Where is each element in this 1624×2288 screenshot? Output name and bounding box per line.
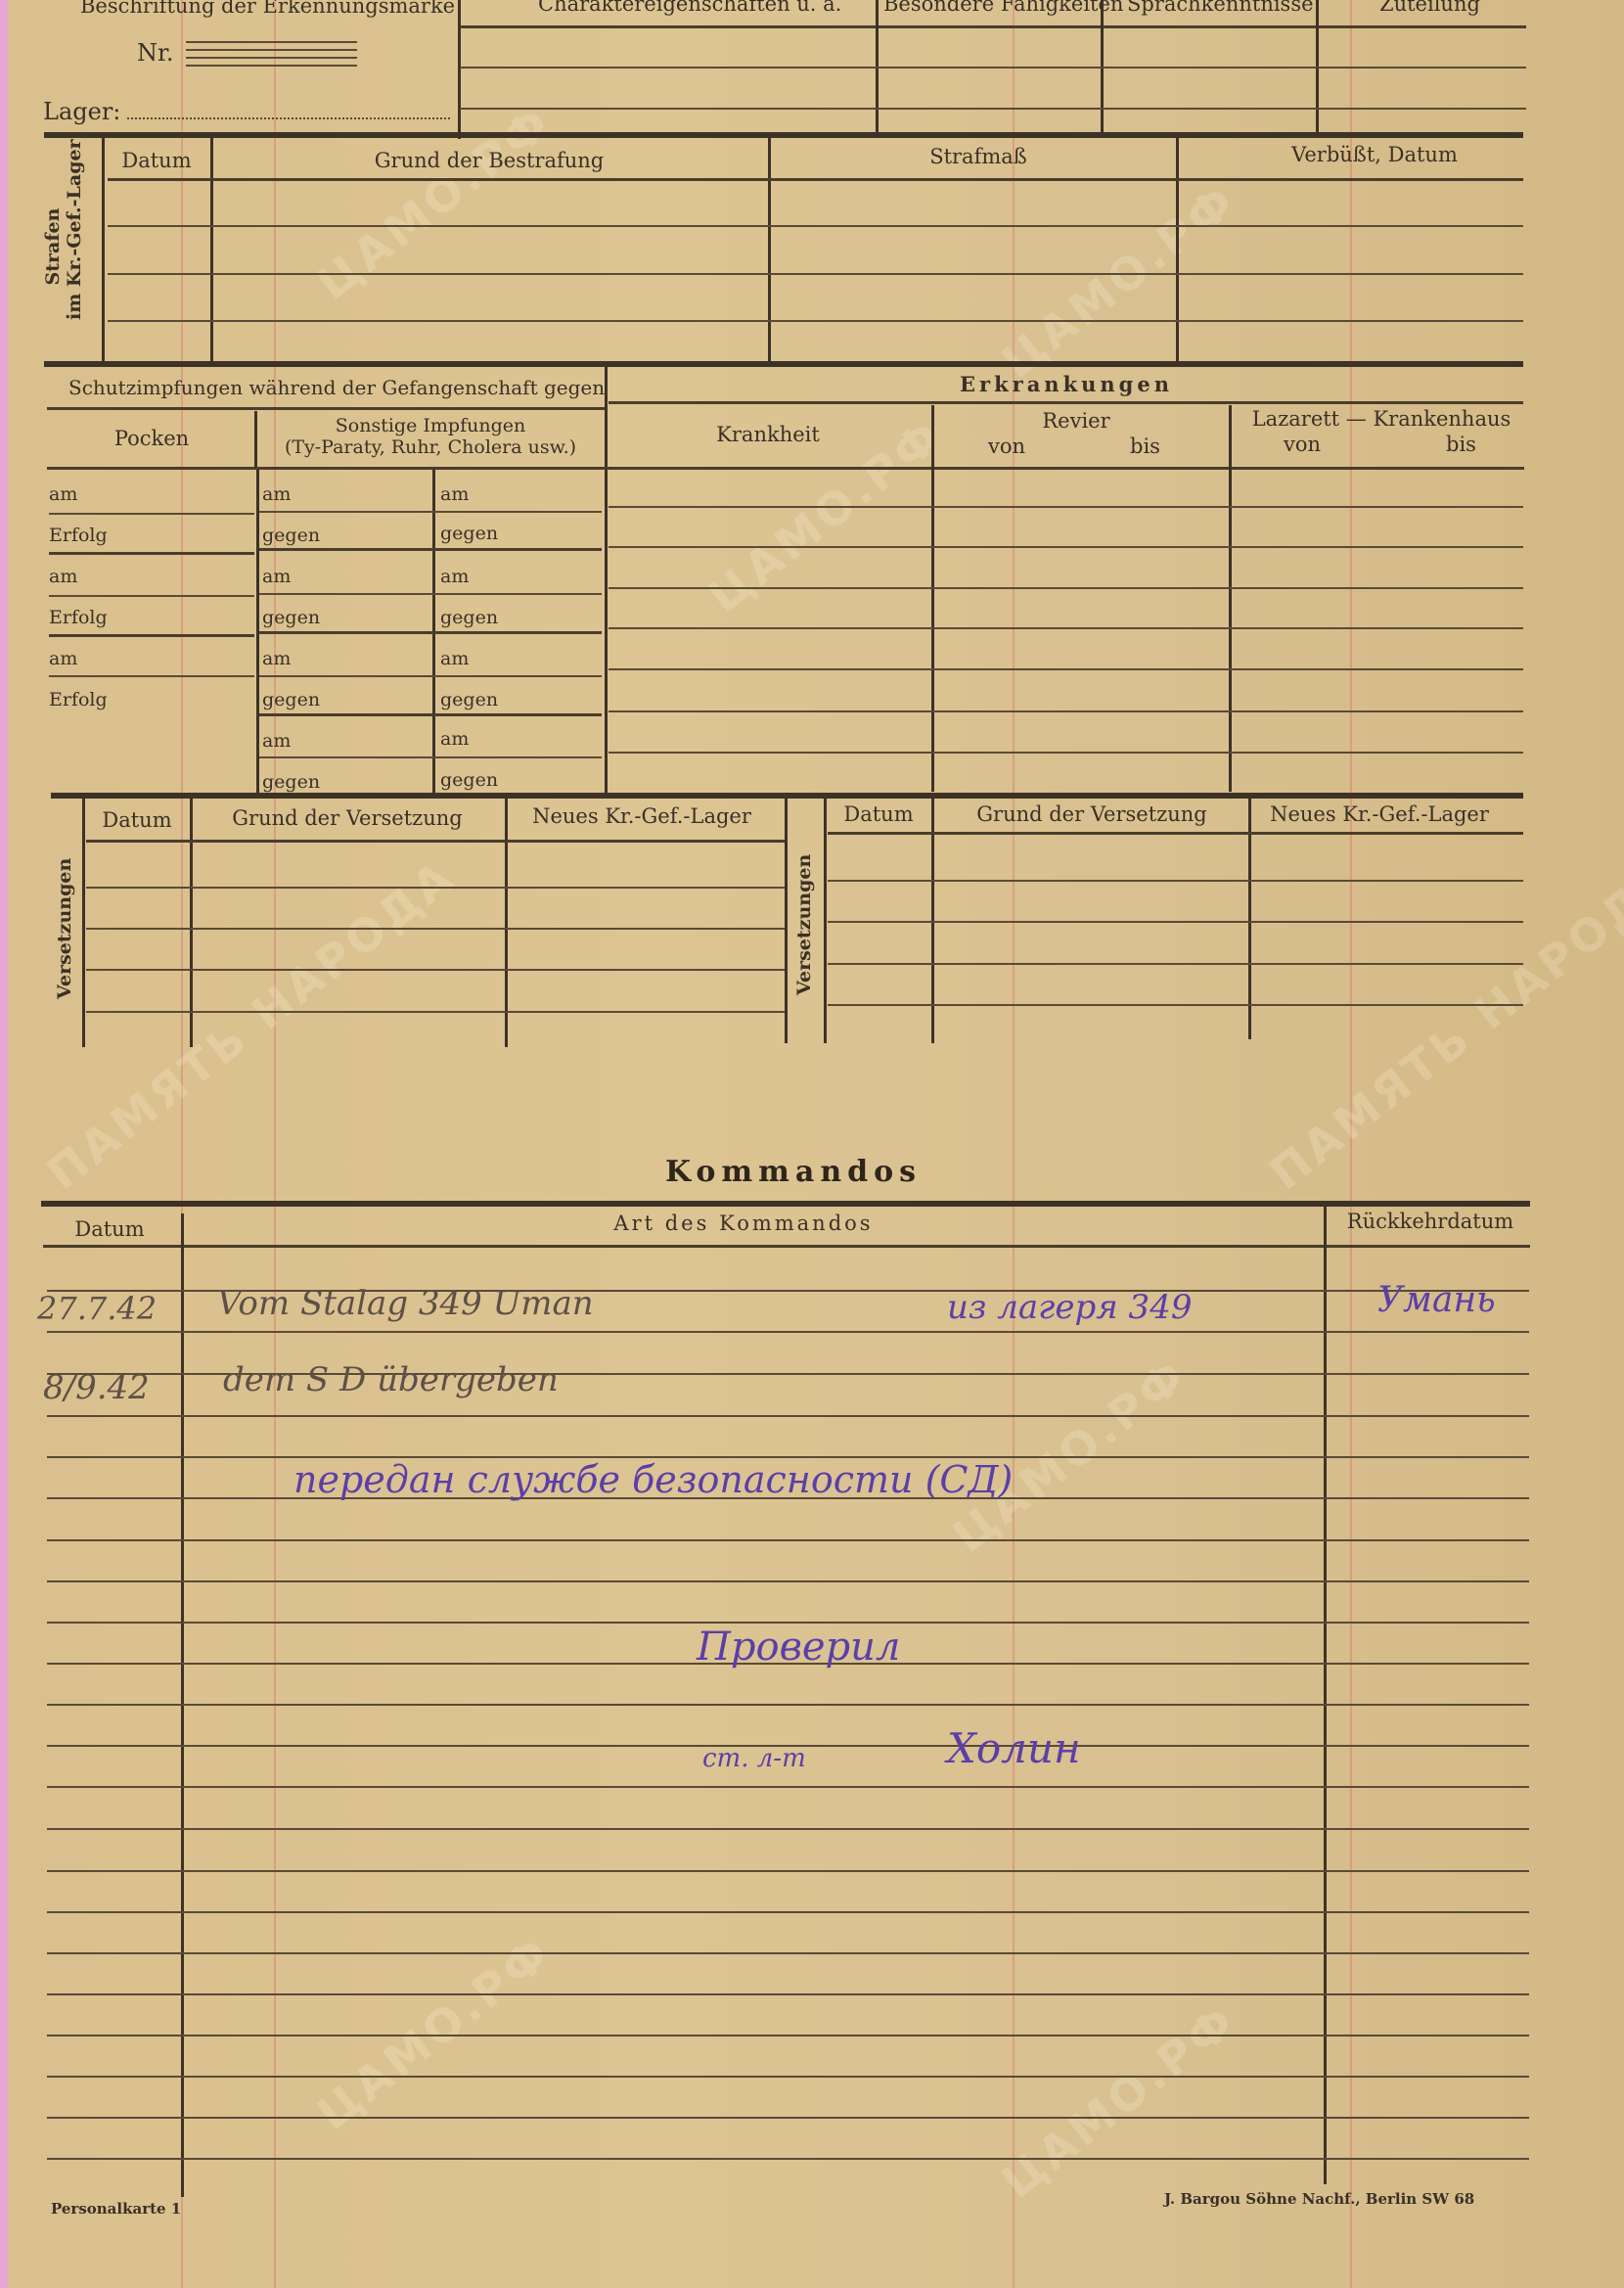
versetzungen-divider: [190, 799, 193, 1047]
sonstige-row: am: [440, 728, 469, 750]
column-header: Datum: [843, 802, 913, 826]
column-header: Datum: [121, 149, 191, 172]
pocken-row: am: [49, 566, 77, 587]
column-header: Grund der Versetzung: [232, 806, 462, 830]
sonstige-row: gegen: [440, 769, 498, 791]
column-header: Datum: [102, 808, 171, 832]
table-row: [828, 880, 1523, 882]
sonstige-row: am: [262, 730, 291, 752]
table-row: [86, 887, 785, 889]
revier-label: Revier: [1042, 409, 1109, 433]
table-row: [47, 1704, 1529, 1706]
row-rule: [49, 634, 254, 637]
strafen-header-rule: [108, 178, 1523, 181]
table-row: [609, 506, 1523, 508]
sonstige-row: am: [440, 566, 469, 587]
bis-label: bis: [1130, 435, 1160, 458]
column-header: Strafmaß: [929, 145, 1027, 168]
versetzungen-header-rule: [828, 832, 1523, 835]
nr-line: [186, 49, 357, 51]
impfungen-title: Schutzimpfungen während der Gefangenscha…: [68, 376, 605, 399]
erkrankungen-title: Erkrankungen: [960, 372, 1173, 396]
section-border: [44, 132, 1523, 138]
table-row: [47, 2158, 1529, 2160]
signature-rank: ст. л-т: [702, 1744, 806, 1773]
entry-text-ru: из лагеря 349: [947, 1288, 1192, 1327]
von-label: von: [988, 435, 1025, 458]
column-header: Neues Kr.-Gef.-Lager: [532, 804, 751, 828]
table-row: [86, 928, 785, 930]
table-row: [609, 710, 1523, 712]
versetzungen-divider: [505, 799, 508, 1047]
versetzungen-divider: [785, 799, 788, 1043]
column-header: Datum: [74, 1217, 144, 1241]
impfungen-divider: [605, 364, 608, 795]
signature: Проверил: [697, 1624, 900, 1670]
lager-field[interactable]: [127, 117, 450, 119]
strafen-divider: [102, 137, 105, 364]
entry-text: dem S D übergeben: [223, 1360, 559, 1399]
kommandos-top-border: [41, 1201, 1530, 1207]
row-rule: [49, 552, 254, 555]
sonstige-row: am: [262, 483, 291, 505]
versetzungen-side-label: Versetzungen: [793, 858, 815, 995]
table-row: [47, 1786, 1529, 1788]
versetzungen-divider: [824, 799, 827, 1043]
table-row: [47, 2117, 1529, 2119]
table-row: [47, 1415, 1529, 1417]
table-row: [609, 627, 1523, 629]
impfungen-rule: [47, 407, 605, 410]
signature-name: Холин: [947, 1724, 1081, 1772]
lazarett-label: Lazarett — Krankenhaus: [1252, 407, 1511, 431]
row-rule: [259, 756, 602, 758]
entry-return: Умань: [1377, 1280, 1496, 1320]
pocken-row: am: [49, 483, 77, 505]
row-rule: [259, 675, 602, 677]
table-row: [47, 1911, 1529, 1913]
sonstige-row: gegen: [440, 607, 498, 628]
scan-edge: [0, 0, 8, 2288]
table-row: [86, 969, 785, 971]
sonstige-row: am: [440, 648, 469, 669]
column-header: Grund der Versetzung: [976, 802, 1206, 826]
impfungen-header-rule: [47, 467, 1524, 470]
table-row: [108, 273, 1523, 275]
faehigkeiten-label: Besondere Fähigkeiten: [883, 0, 1123, 16]
header-divider: [458, 0, 461, 139]
sonstige-label: Sonstige Impfungen: [336, 415, 525, 436]
entry-text: Vom Stalag 349 Uman: [217, 1284, 594, 1323]
sonstige-row: am: [262, 566, 291, 587]
entry-date: 27.7.42: [37, 1290, 157, 1327]
row-rule: [49, 513, 254, 515]
zuteilung-label: Zuteilung: [1379, 0, 1480, 16]
column-header: Rückkehrdatum: [1347, 1210, 1513, 1233]
table-row: [609, 546, 1523, 548]
krankheit-label: Krankheit: [716, 423, 820, 446]
row-rule: [259, 511, 602, 513]
lager-label: Lager:: [43, 98, 120, 125]
column-header: Neues Kr.-Gef.-Lager: [1270, 802, 1489, 826]
pocken-row: Erfolg: [49, 607, 108, 628]
table-row: [609, 752, 1523, 754]
sprachen-label: Sprachkenntnisse: [1127, 0, 1314, 16]
table-row: [828, 963, 1523, 965]
row-rule: [49, 675, 254, 677]
header-rule: [460, 25, 1526, 28]
row-rule: [49, 595, 254, 597]
table-row: [828, 921, 1523, 923]
table-row: [108, 320, 1523, 322]
nr-line: [186, 57, 357, 59]
sonstige-row: gegen: [440, 523, 498, 544]
table-row: [47, 1828, 1529, 1830]
header-rule: [460, 67, 1526, 69]
table-row: [47, 1993, 1529, 1995]
document-paper: [0, 0, 1624, 2288]
nr-line: [186, 65, 357, 67]
kommandos-title: Kommandos: [665, 1155, 922, 1189]
erkennungsmarke-label: Beschriftung der Erkennungsmarke: [80, 0, 455, 18]
row-rule: [259, 593, 602, 595]
impfungen-divider: [254, 411, 257, 468]
erkrankungen-rule: [609, 401, 1523, 404]
table-row: [609, 587, 1523, 589]
versetzungen-divider: [82, 799, 85, 1047]
kommandos-divider: [1324, 1206, 1327, 2184]
table-row: [47, 1580, 1529, 1582]
charakter-label: Charaktereigenschaften u. a.: [538, 0, 841, 16]
row-rule: [259, 713, 602, 716]
row-rule: [259, 548, 602, 551]
entry-date: 8/9.42: [43, 1368, 150, 1407]
strafen-divider: [768, 137, 771, 364]
table-row: [47, 1870, 1529, 1872]
table-row: [47, 2076, 1529, 2078]
sonstige-row: gegen: [262, 525, 320, 546]
table-row: [47, 1331, 1529, 1333]
table-row: [47, 1622, 1529, 1624]
entry-text-ru: передан службе безопасности (СД): [293, 1458, 1013, 1501]
table-row: [828, 1004, 1523, 1006]
row-rule: [259, 631, 602, 634]
table-row: [86, 1011, 785, 1013]
strafen-divider: [210, 137, 213, 364]
pocken-row: am: [49, 648, 77, 669]
table-row: [47, 1539, 1529, 1541]
sonstige-row: am: [440, 483, 469, 505]
kommandos-header-rule: [43, 1245, 1530, 1248]
header-divider: [876, 0, 879, 137]
section-border: [44, 361, 1523, 367]
sonstige-label: (Ty-Paraty, Ruhr, Cholera usw.): [285, 436, 576, 458]
sonstige-row: gegen: [262, 689, 320, 710]
table-row: [108, 225, 1523, 227]
column-header: Art des Kommandos: [613, 1212, 873, 1235]
von-label: von: [1284, 433, 1321, 456]
strafen-divider: [1176, 137, 1179, 364]
table-row: [47, 2035, 1529, 2036]
sonstige-row: gegen: [262, 607, 320, 628]
pocken-row: Erfolg: [49, 689, 108, 710]
nr-line: [186, 41, 357, 43]
pocken-label: Pocken: [114, 427, 189, 450]
table-row: [47, 1952, 1529, 1954]
sonstige-row: gegen: [262, 771, 320, 793]
column-header: Grund der Bestrafung: [375, 149, 604, 172]
versetzungen-side-label: Versetzungen: [54, 862, 75, 999]
table-row: [609, 668, 1523, 670]
margin-rule: [274, 0, 276, 2288]
header-rule: [460, 108, 1526, 110]
nr-label: Nr.: [137, 39, 173, 67]
printer-imprint: J. Bargou Söhne Nachf., Berlin SW 68: [1164, 2190, 1474, 2208]
pocken-row: Erfolg: [49, 525, 108, 546]
sonstige-row: am: [262, 648, 291, 669]
erkrankungen-divider: [931, 405, 934, 792]
column-header: Verbüßt, Datum: [1291, 143, 1458, 166]
form-number: Personalkarte 1: [51, 2200, 181, 2218]
bis-label: bis: [1446, 433, 1476, 456]
erkrankungen-divider: [1229, 405, 1232, 792]
strafen-side-label: Strafen im Kr.-Gef.-Lager: [42, 173, 85, 320]
versetzungen-header-rule: [86, 840, 785, 843]
sonstige-row: gegen: [440, 689, 498, 710]
